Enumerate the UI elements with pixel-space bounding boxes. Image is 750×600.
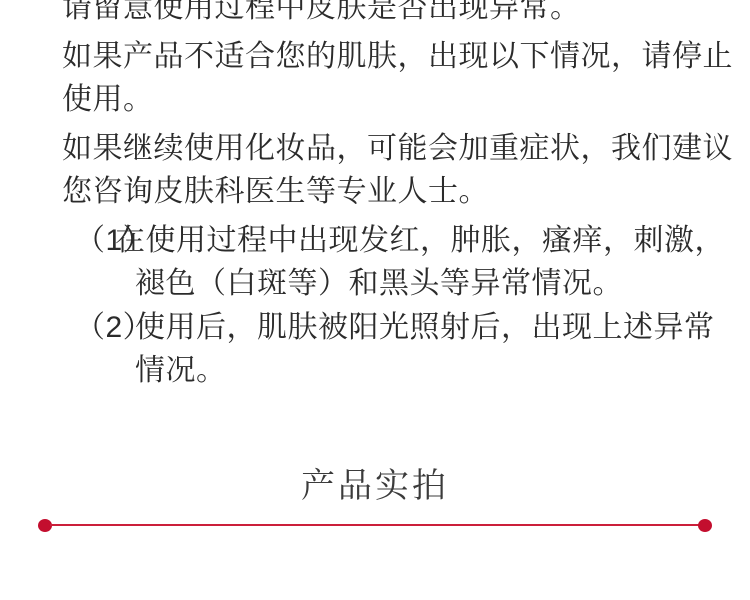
usage-warning-text: 请留意使用过程中皮肤是否出现异常。 如果产品不适合您的肌肤，出现以下情况，请停止… [62,0,696,392]
section-divider [38,518,712,532]
product-detail-page: 请留意使用过程中皮肤是否出现异常。 如果产品不适合您的肌肤，出现以下情况，请停止… [0,0,750,600]
divider-dot-right-icon [698,519,712,532]
warning-list-item-1-cont: 褪色（白斑等）和黑头等异常情况。 [135,262,696,305]
warning-paragraph-line: 您咨询皮肤科医生等专业人士。 [62,170,696,213]
warning-list-item-1: （1） 在使用过程中出现发红，肿胀，瘙痒，刺激， [75,219,696,262]
warning-list-item-2: （2） 使用后，肌肤被阳光照射后，出现上述异常 [75,306,696,349]
list-marker-2: （2） [75,306,135,349]
list-marker-1: （1） [75,219,115,262]
warning-paragraph-line: 如果继续使用化妆品，可能会加重症状，我们建议 [62,127,696,170]
warning-list-item-2-cont: 情况。 [135,349,696,392]
warning-paragraph-line: 使用。 [62,78,696,121]
list-item-text: 在使用过程中出现发红，肿胀，瘙痒，刺激， [115,219,725,262]
warning-paragraph-line: 如果产品不适合您的肌肤，出现以下情况，请停止 [62,35,696,78]
divider-line [50,524,700,526]
section-title-product-photos: 产品实拍 [0,458,750,507]
list-item-text: 使用后，肌肤被阳光照射后，出现上述异常 [135,306,715,349]
warning-paragraph-line: 请留意使用过程中皮肤是否出现异常。 [62,0,696,29]
